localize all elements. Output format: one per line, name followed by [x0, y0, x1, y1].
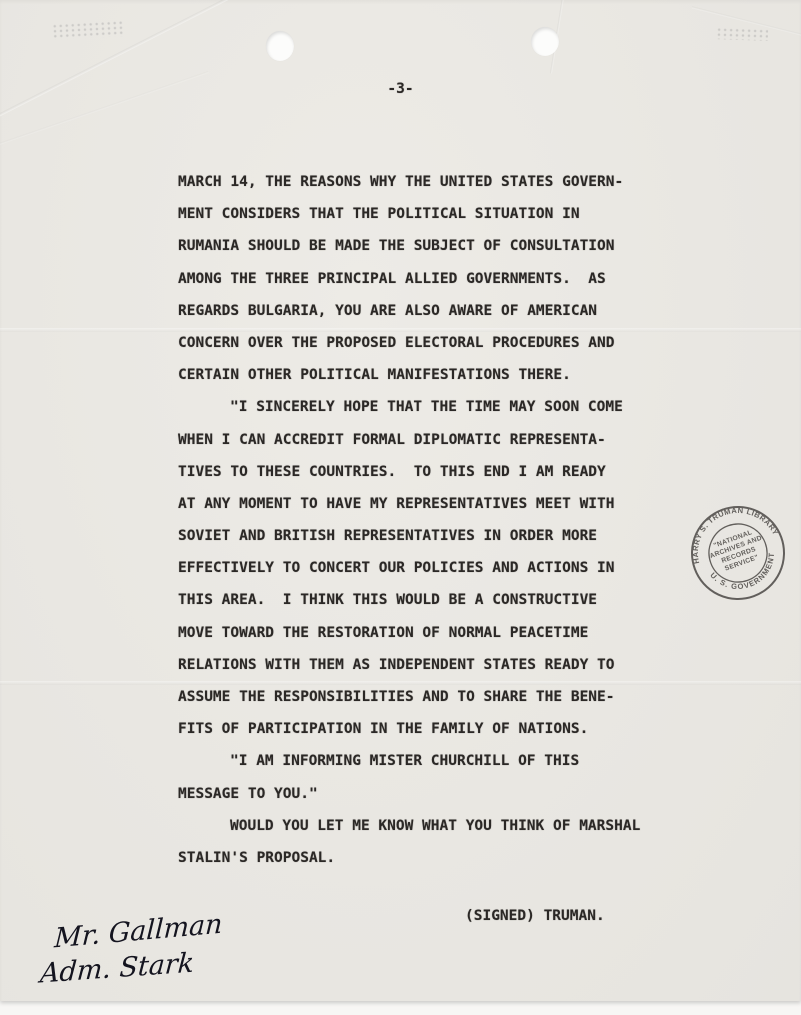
handwritten-note: Adm. Stark — [39, 948, 195, 990]
typed-line: THIS AREA. I THINK THIS WOULD BE A CONST… — [178, 584, 738, 616]
faint-pencil-marks — [52, 20, 125, 40]
paper-crease — [0, 0, 263, 127]
page-number: -3- — [0, 81, 801, 97]
typed-line: AMONG THE THREE PRINCIPAL ALLIED GOVERNM… — [178, 263, 738, 295]
handwritten-note: Mr. Gallman — [54, 909, 224, 955]
typed-line: WOULD YOU LET ME KNOW WHAT YOU THINK OF … — [178, 810, 738, 842]
punch-hole — [531, 27, 559, 56]
typed-line: SOVIET AND BRITISH REPRESENTATIVES IN OR… — [178, 520, 738, 552]
typed-line: CONCERN OVER THE PROPOSED ELECTORAL PROC… — [178, 327, 738, 359]
paper-sheet: -3- MARCH 14, THE REASONS WHY THE UNITED… — [0, 0, 801, 1001]
typed-line: FITS OF PARTICIPATION IN THE FAMILY OF N… — [178, 713, 738, 745]
typed-line: STALIN'S PROPOSAL. — [178, 842, 738, 874]
typed-line: "I AM INFORMING MISTER CHURCHILL OF THIS — [178, 745, 738, 777]
typed-line: MENT CONSIDERS THAT THE POLITICAL SITUAT… — [178, 198, 738, 230]
punch-hole — [266, 31, 294, 61]
typed-line: EFFECTIVELY TO CONCERT OUR POLICIES AND … — [178, 552, 738, 584]
typed-line: RELATIONS WITH THEM AS INDEPENDENT STATE… — [178, 649, 738, 681]
scanned-document-page: { "page": { "number_label": "-3-" }, "do… — [0, 0, 801, 1015]
typed-line: ASSUME THE RESPONSIBILITIES AND TO SHARE… — [178, 681, 738, 713]
typed-line: REGARDS BULGARIA, YOU ARE ALSO AWARE OF … — [178, 295, 738, 327]
typed-line: AT ANY MOMENT TO HAVE MY REPRESENTATIVES… — [178, 488, 738, 520]
typed-line: TIVES TO THESE COUNTRIES. TO THIS END I … — [178, 456, 738, 488]
typed-line: MARCH 14, THE REASONS WHY THE UNITED STA… — [178, 166, 738, 198]
typed-line: WHEN I CAN ACCREDIT FORMAL DIPLOMATIC RE… — [178, 424, 738, 456]
typed-line: "I SINCERELY HOPE THAT THE TIME MAY SOON… — [178, 391, 738, 423]
typed-line: MESSAGE TO YOU." — [178, 778, 738, 810]
typed-line: MOVE TOWARD THE RESTORATION OF NORMAL PE… — [178, 617, 738, 649]
faint-pencil-marks — [716, 27, 768, 41]
typed-line: RUMANIA SHOULD BE MADE THE SUBJECT OF CO… — [178, 230, 738, 262]
typed-line: CERTAIN OTHER POLITICAL MANIFESTATIONS T… — [178, 359, 738, 391]
typed-body: MARCH 14, THE REASONS WHY THE UNITED STA… — [178, 166, 738, 874]
signature-line: (SIGNED) TRUMAN. — [465, 908, 605, 924]
